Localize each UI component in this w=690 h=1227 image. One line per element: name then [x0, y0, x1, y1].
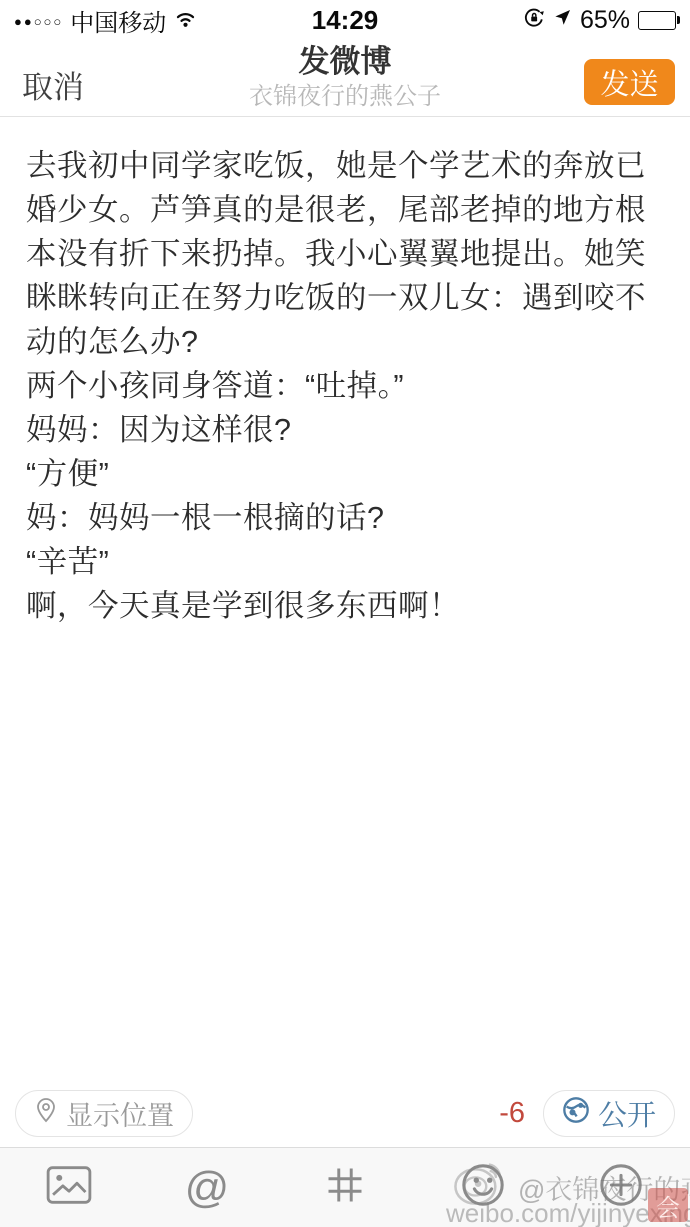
show-location-button[interactable]: 显示位置: [15, 1090, 193, 1137]
attachment-toolbar: @: [0, 1147, 690, 1227]
location-arrow-icon: [553, 8, 572, 32]
show-location-label: 显示位置: [66, 1094, 174, 1133]
status-right-cluster: 65%: [523, 0, 680, 40]
emoji-button[interactable]: [453, 1158, 513, 1218]
weibo-compose-screen: ●●○○○ 中国移动 14:29: [0, 0, 690, 1227]
location-pin-icon: [34, 1097, 58, 1130]
more-plus-icon: [598, 1162, 644, 1213]
photo-icon: [46, 1165, 92, 1210]
compose-paragraph: 妈妈：因为这样很?: [26, 408, 666, 452]
compose-text-area[interactable]: 去我初中同学家吃饭，她是个学艺术的奔放已婚少女。芦笋真的是很老，尾部老掉的地方根…: [0, 118, 690, 1080]
compose-paragraph: 去我初中同学家吃饭，她是个学艺术的奔放已婚少女。芦笋真的是很老，尾部老掉的地方根…: [26, 144, 666, 364]
more-button[interactable]: [591, 1158, 651, 1218]
globe-icon: [562, 1096, 590, 1132]
battery-percent-label: 65%: [580, 6, 630, 35]
photo-button[interactable]: [39, 1158, 99, 1218]
compose-paragraph: “方便”: [26, 452, 666, 496]
status-bar: ●●○○○ 中国移动 14:29: [0, 0, 690, 40]
options-bar: 显示位置 -6 公开: [0, 1080, 690, 1147]
compose-paragraph: 妈：妈妈一根一根摘的话?: [26, 496, 666, 540]
compose-paragraph: 啊，今天真是学到很多东西啊！: [26, 584, 666, 628]
topic-hash-icon: [323, 1163, 367, 1212]
visibility-label: 公开: [598, 1093, 656, 1134]
mention-button[interactable]: @: [177, 1158, 237, 1218]
visibility-button[interactable]: 公开: [543, 1090, 675, 1137]
compose-paragraph: “辛苦”: [26, 540, 666, 584]
battery-icon: [638, 11, 680, 30]
orientation-lock-icon: [523, 7, 545, 34]
topic-button[interactable]: [315, 1158, 375, 1218]
mention-at-icon: @: [185, 1166, 230, 1210]
char-count: -6: [499, 1097, 525, 1130]
nav-bar: 取消 发微博 衣锦夜行的燕公子 发送: [0, 40, 690, 117]
compose-paragraph: 两个小孩同身答道：“吐掉。”: [26, 364, 666, 408]
emoji-smiley-icon: [460, 1162, 506, 1213]
send-button[interactable]: 发送: [584, 59, 675, 105]
